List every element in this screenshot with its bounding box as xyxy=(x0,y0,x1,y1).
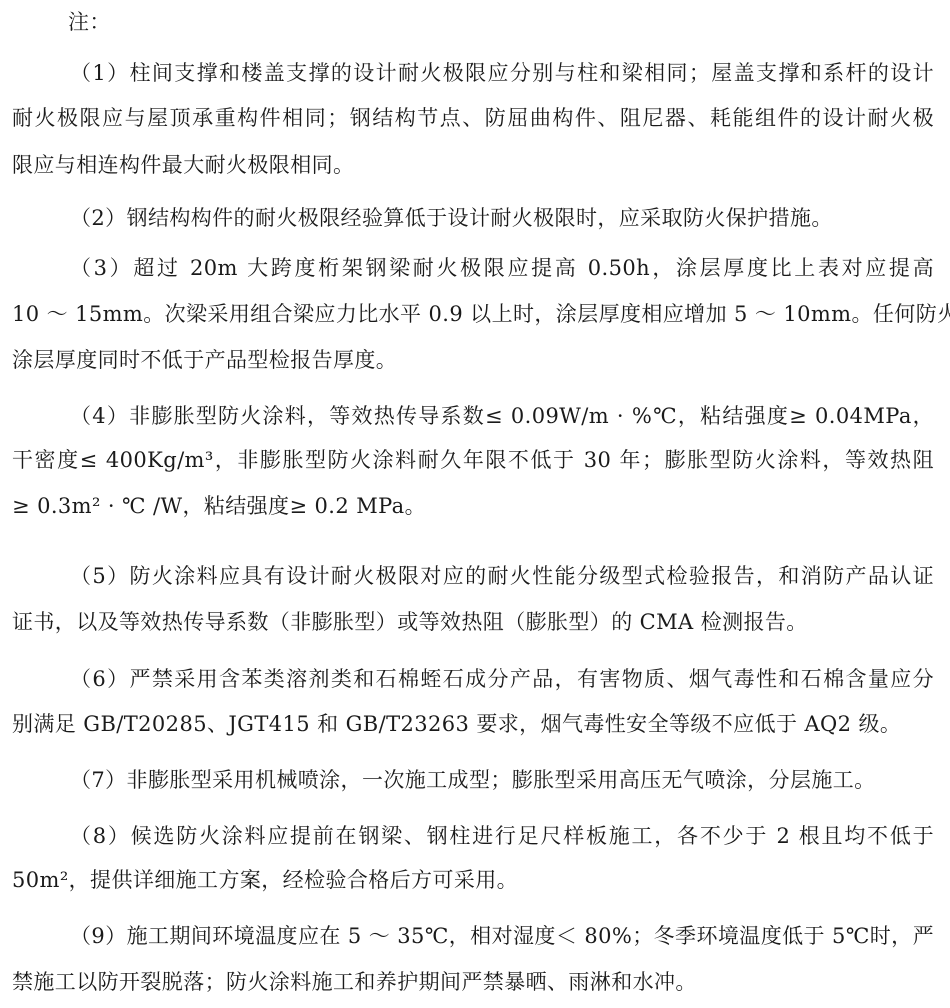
note-9-line-2: 禁施工以防开裂脱落；防火涂料施工和养护期间严禁暴晒、雨淋和水冲。 xyxy=(12,967,934,997)
note-4-line-3: ≥ 0.3m² · ℃ /W，粘结强度≥ 0.2 MPa。 xyxy=(12,491,934,521)
note-5-line-1: （5）防火涂料应具有设计耐火极限对应的耐火性能分级型式检验报告，和消防产品认证 xyxy=(12,561,934,591)
note-1-line-3: 限应与相连构件最大耐火极限相同。 xyxy=(12,150,934,180)
note-6-line-2: 别满足 GB/T20285、JGT415 和 GB/T23263 要求，烟气毒性… xyxy=(12,709,934,739)
note-8-line-1: （8）候选防火涂料应提前在钢梁、钢柱进行足尺样板施工，各不少于 2 根且均不低于 xyxy=(12,821,934,851)
note-5-line-2: 证书，以及等效热传导系数（非膨胀型）或等效热阻（膨胀型）的 CMA 检测报告。 xyxy=(12,607,934,637)
note-3-line-1: （3）超过 20m 大跨度桁架钢梁耐火极限应提高 0.50h，涂层厚度比上表对应… xyxy=(12,253,934,283)
note-3-line-3: 涂层厚度同时不低于产品型检报告厚度。 xyxy=(12,345,934,375)
note-9-line-1: （9）施工期间环境温度应在 5 ～ 35℃，相对湿度＜ 80%；冬季环境温度低于… xyxy=(12,921,934,951)
note-8-line-2: 50m²，提供详细施工方案，经检验合格后方可采用。 xyxy=(12,865,934,895)
note-4-line-2: 干密度≤ 400Kg/m³，非膨胀型防火涂料耐久年限不低于 30 年；膨胀型防火… xyxy=(12,445,934,475)
note-6-line-1: （6）严禁采用含苯类溶剂类和石棉蛭石成分产品，有害物质、烟气毒性和石棉含量应分 xyxy=(12,664,934,694)
note-2-line-1: （2）钢结构构件的耐火极限经验算低于设计耐火极限时，应采取防火保护措施。 xyxy=(12,203,934,233)
note-4-line-1: （4）非膨胀型防火涂料，等效热传导系数≤ 0.09W/m · %℃，粘结强度≥ … xyxy=(12,401,934,431)
notes-heading: 注： xyxy=(12,7,934,37)
note-7-line-1: （7）非膨胀型采用机械喷涂，一次施工成型；膨胀型采用高压无气喷涂，分层施工。 xyxy=(12,765,934,795)
note-1-line-2: 耐火极限应与屋顶承重构件相同；钢结构节点、防屈曲构件、阻尼器、耗能组件的设计耐火… xyxy=(12,103,934,133)
note-3-line-2: 10 ～ 15mm。次梁采用组合梁应力比水平 0.9 以上时，涂层厚度相应增加 … xyxy=(12,299,934,329)
note-1-line-1: （1）柱间支撑和楼盖支撑的设计耐火极限应分别与柱和梁相同；屋盖支撑和系杆的设计 xyxy=(12,58,934,88)
